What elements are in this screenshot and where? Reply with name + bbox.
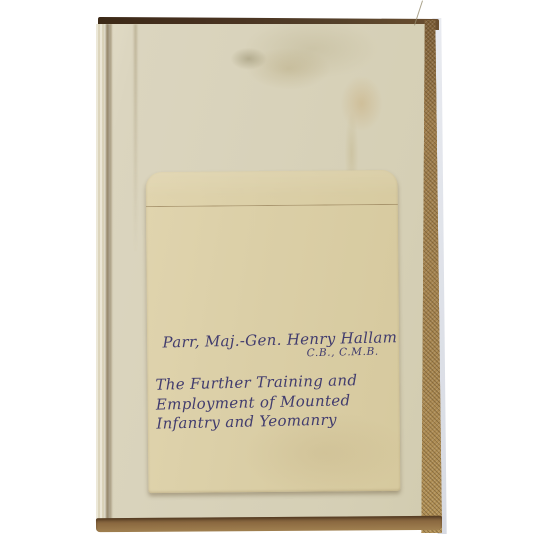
book-bottom-edge xyxy=(96,516,442,532)
title-line-3: Infantry and Yeomanry xyxy=(156,409,396,434)
pocket-flap-crease xyxy=(146,170,398,207)
book-photo: Parr, Maj.-Gen. Henry Hallam C.B., C.M.B… xyxy=(0,0,550,550)
title-lines: The Further Training and Employment of M… xyxy=(153,370,396,434)
gutter-shadow xyxy=(104,24,113,521)
library-pocket-envelope: Parr, Maj.-Gen. Henry Hallam C.B., C.M.B… xyxy=(146,170,401,493)
page-crease xyxy=(134,24,137,253)
handwritten-inscription: Parr, Maj.-Gen. Henry Hallam C.B., C.M.B… xyxy=(152,328,396,434)
